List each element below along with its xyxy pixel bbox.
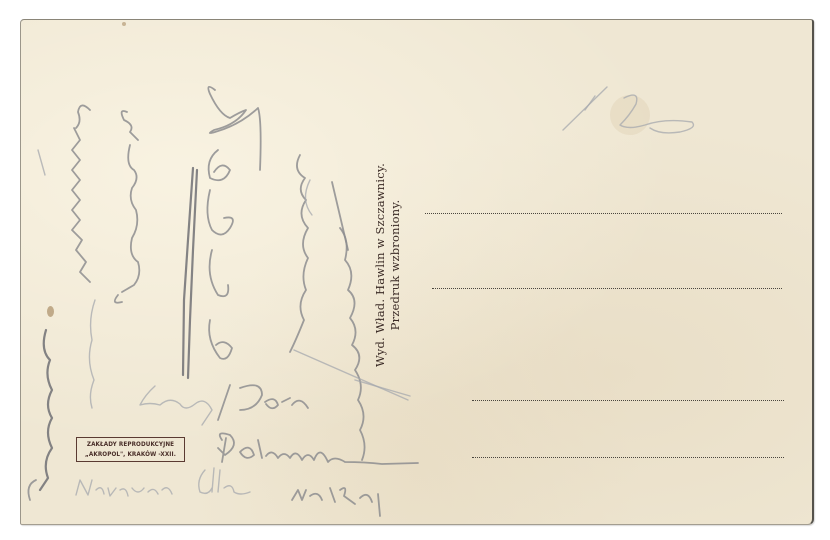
address-line [472,400,784,401]
printer-stamp-line: „AKROPOL", KRAKÓW -XXII. [77,450,184,460]
stain [610,95,650,135]
copyright-notice: Przedruk wzbroniony. [388,140,403,390]
stain [47,306,54,317]
publisher-line: Wyd. Wład. Hawlin w Szczawnicy. [373,140,388,390]
stain [122,22,126,26]
printer-stamp: ZAKŁADY REPRODUKCYJNE „AKROPOL", KRAKÓW … [76,437,185,462]
address-line [472,457,784,458]
publisher-imprint: Wyd. Wład. Hawlin w Szczawnicy. Przedruk… [373,140,413,390]
printer-stamp-line: ZAKŁADY REPRODUKCYJNE [77,440,184,450]
address-line [425,213,782,214]
address-line [432,288,782,289]
